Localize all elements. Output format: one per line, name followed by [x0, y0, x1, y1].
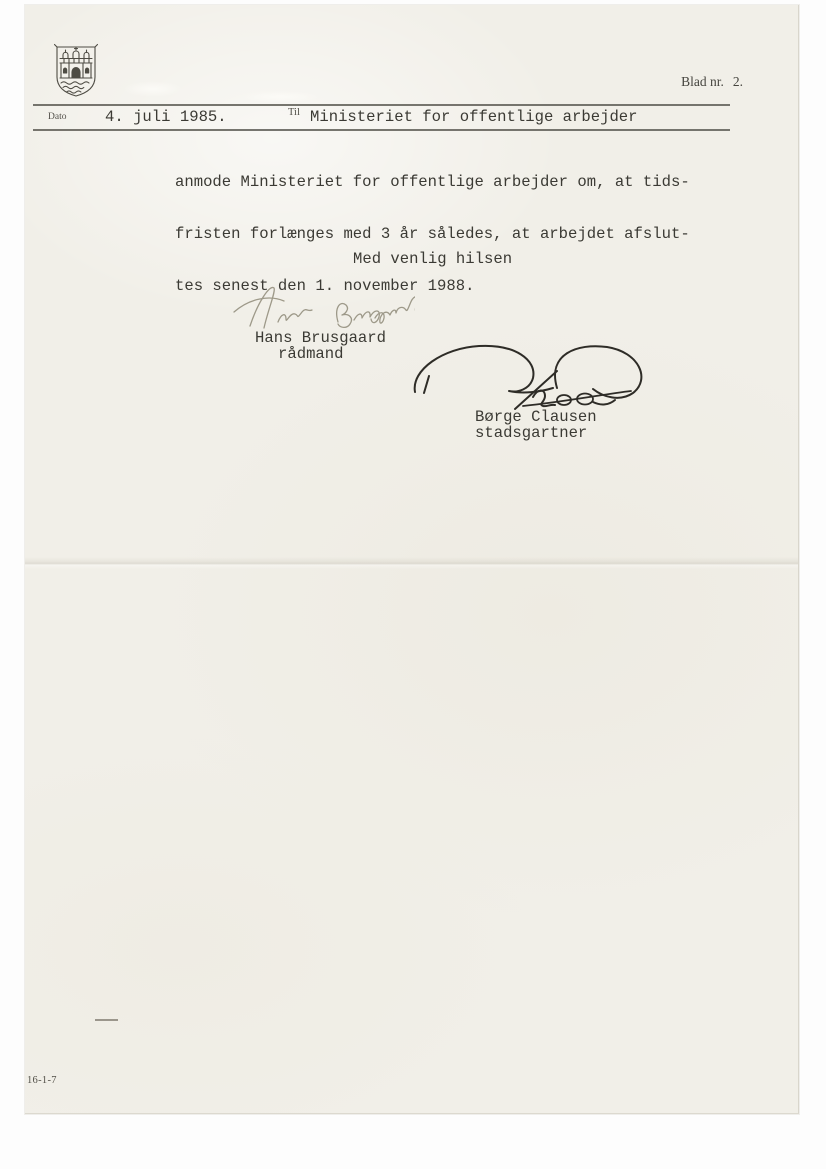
body-line: fristen forlænges med 3 år således, at a… [175, 226, 690, 243]
fold-crease [25, 557, 798, 569]
date-value: 4. juli 1985. [105, 109, 227, 126]
pencil-dash-mark [95, 1019, 118, 1021]
header-rule-bottom [33, 129, 730, 131]
scan-smudge [241, 91, 319, 103]
coat-of-arms-icon [53, 42, 99, 99]
recipient-value: Ministeriet for offentlige arbejder [310, 109, 638, 126]
form-code: 16-1-7 [27, 1075, 57, 1086]
signature-hans-brusgaard-handwritten-icon [220, 282, 415, 332]
signature-title: rådmand [278, 346, 344, 363]
header-rule-top [33, 104, 730, 106]
body-line: anmode Ministeriet for offentlige arbejd… [175, 174, 690, 191]
scan-smudge [123, 81, 183, 97]
signature-title: stadsgartner [475, 425, 587, 442]
letter-page: Blad nr.2. Dato 4. juli 1985. Til Minist… [25, 5, 799, 1114]
sheet-number-value: 2. [733, 74, 743, 89]
sheet-number-label: Blad nr. [681, 74, 724, 89]
recipient-label: Til [288, 107, 300, 118]
date-label: Dato [48, 112, 66, 122]
scanned-letter-screenshot: { "colors": { "paper": "#f1efe8", "typew… [0, 0, 826, 1169]
closing-line: Med venlig hilsen [353, 251, 512, 268]
sheet-number-line: Blad nr.2. [625, 74, 743, 90]
